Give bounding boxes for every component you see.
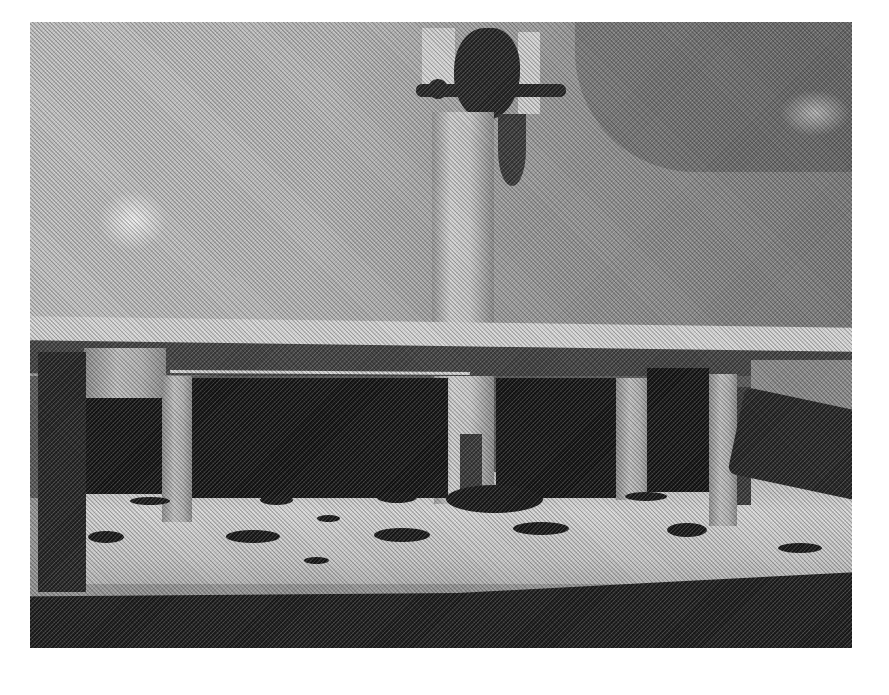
halftone-texture-overlay: [30, 22, 852, 648]
scanned-photograph-page: { "scene": { "description": "Black-and-w…: [0, 0, 889, 695]
halftone-apparatus-photo: [30, 22, 852, 648]
